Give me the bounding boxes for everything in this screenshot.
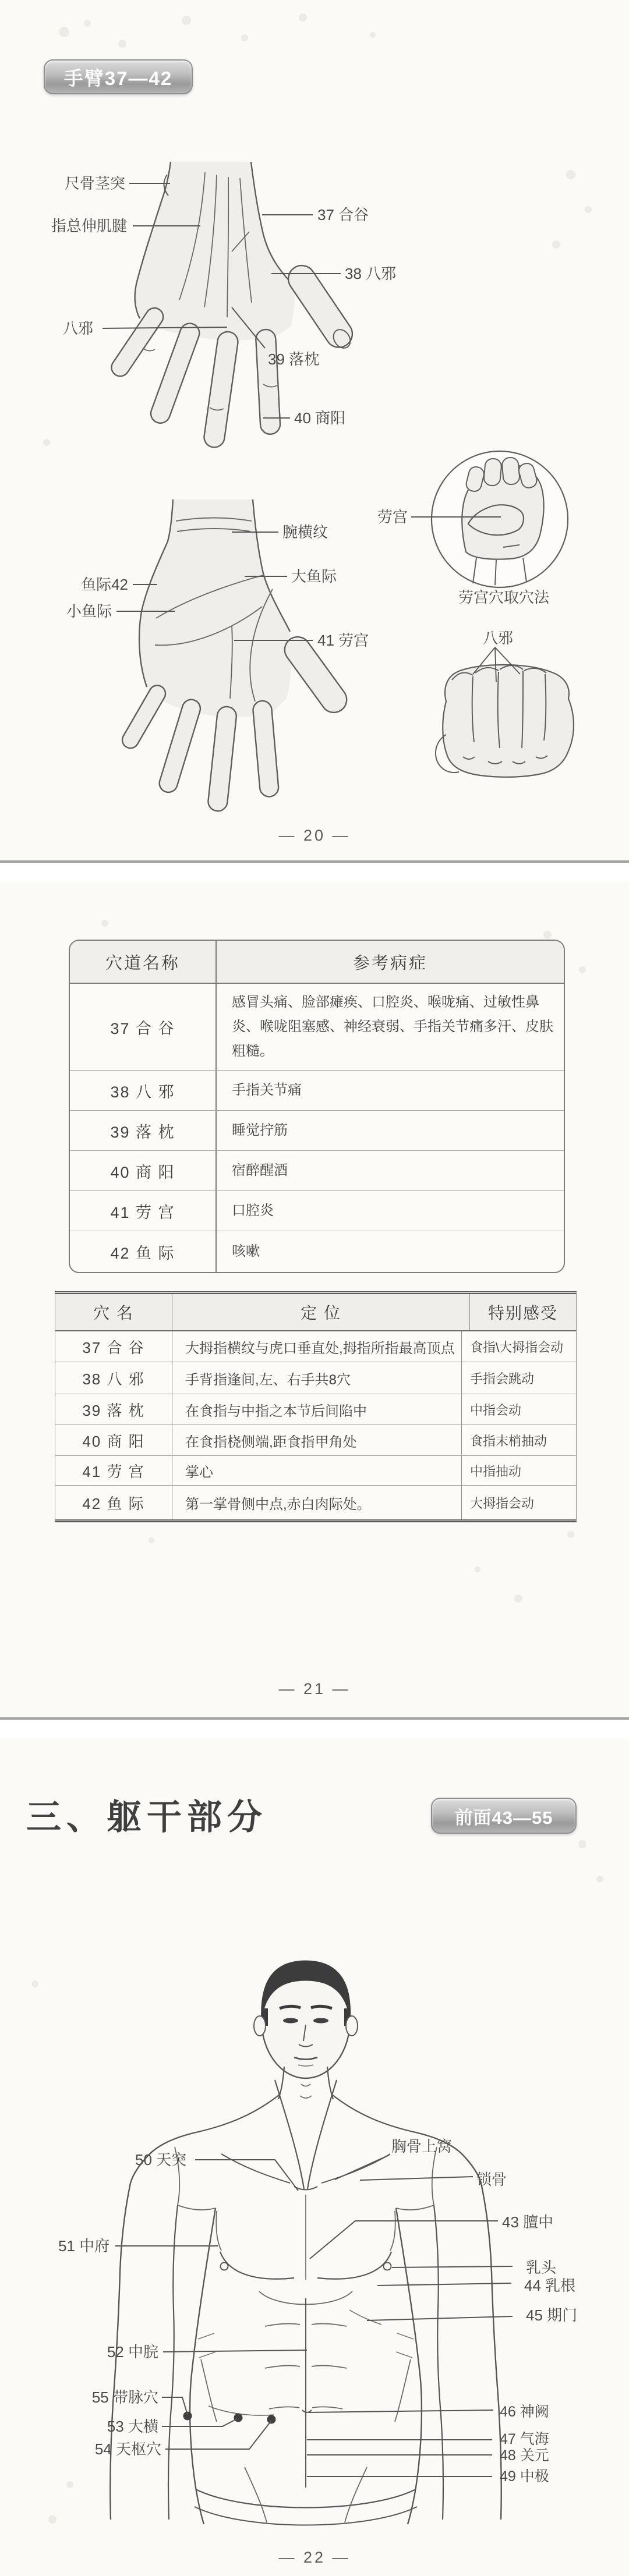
page-22: 三、躯干部分 前面43—55 50 天突 51 中府 胸骨上窝 锁骨 43 膻中…: [0, 1739, 629, 2576]
cell-point-name: 40 商 阳: [70, 1151, 215, 1190]
table-row: 38 八 邪 手指关节痛: [70, 1071, 564, 1111]
page-21: 穴道名称 参考病症 37 合 谷 感冒头痛、脸部瘫痪、口腔炎、喉咙痛、过敏性鼻炎…: [0, 883, 629, 1720]
label-laozhen-39: 39 落枕: [268, 350, 319, 368]
label-zhongwan-52: 52 中脘: [83, 2343, 158, 2361]
page-number-22: — 22 —: [0, 2549, 629, 2567]
label-zhongji-49: 49 中极: [500, 2467, 549, 2486]
table-row: 39 落 枕 在食指与中指之本节后间陷中 中指会动: [55, 1394, 576, 1425]
cell-point: 41 劳 宫: [55, 1456, 172, 1485]
cell-feeling: 手指会跳动: [462, 1362, 576, 1394]
label-baxie-38: 38 八邪: [345, 264, 396, 283]
table-row: 42 鱼 际 咳嗽: [70, 1231, 564, 1272]
table-row: 37 合 谷 感冒头痛、脸部瘫痪、口腔炎、喉咙痛、过敏性鼻炎、喉咙阻塞感、神经衰…: [70, 984, 564, 1071]
cell-point: 40 商 阳: [55, 1425, 172, 1455]
symptoms-table: 穴道名称 参考病症 37 合 谷 感冒头痛、脸部瘫痪、口腔炎、喉咙痛、过敏性鼻炎…: [69, 940, 565, 1273]
label-rugen-44: 44 乳根: [524, 2276, 575, 2295]
label-hegu-37: 37 合谷: [317, 205, 369, 224]
cell-point-name: 42 鱼 际: [70, 1231, 215, 1272]
page-gap: [0, 863, 629, 883]
table-row: 37 合 谷 大拇指横纹与虎口垂直处,拇指所指最高顶点 食指\大拇指会动: [55, 1331, 576, 1362]
hand-dorsum-art: [108, 162, 358, 449]
section-badge-arm: 手臂37—42: [44, 59, 193, 94]
label-wrist-crease: 腕横纹: [282, 523, 328, 541]
label-tianshu-54: 54 天枢穴: [76, 2440, 161, 2458]
label-shenque-46: 46 神阙: [500, 2403, 549, 2421]
label-daheng-53: 53 大横: [91, 2417, 158, 2436]
cell-feeling: 大拇指会动: [462, 1486, 576, 1519]
fist-circle-art: [432, 451, 568, 587]
label-guanyuan-48: 48 关元: [500, 2446, 549, 2465]
hand-palm-art: [119, 499, 352, 812]
cell-symptoms: 手指关节痛: [215, 1071, 564, 1110]
table-row: 40 商 阳 宿醉醒酒: [70, 1151, 564, 1191]
table-row: 40 商 阳 在食指桡侧端,距食指甲角处 食指末梢抽动: [55, 1425, 576, 1456]
cell-feeling: 中指会动: [462, 1394, 576, 1425]
header-symptoms: 参考病症: [215, 941, 564, 983]
cell-symptoms: 咳嗽: [215, 1231, 564, 1272]
leader-lines: [115, 2155, 513, 2476]
cell-location: 掌心: [172, 1456, 462, 1485]
page-20: 手臂37—42 尺骨茎突 指总伸肌腱 八邪 37 合谷 38 八邪 39 落枕 …: [0, 0, 629, 863]
cell-symptoms: 宿醉醒酒: [215, 1151, 564, 1190]
label-extensor-tendon: 指总伸肌腱: [40, 217, 127, 235]
header-point: 穴 名: [55, 1294, 172, 1330]
page-gap: [0, 1720, 629, 1739]
label-shangyang-40: 40 商阳: [294, 409, 345, 427]
label-fist-baxie: 八邪: [466, 626, 530, 648]
table-row: 42 鱼 际 第一掌骨侧中点,赤白肉际处。 大拇指会动: [55, 1486, 576, 1519]
table-row: 41 劳 宫 口腔炎: [70, 1191, 564, 1231]
cell-point-name: 37 合 谷: [70, 984, 215, 1070]
page-number-20: — 20 —: [0, 827, 629, 845]
torso-art: [110, 1961, 501, 2525]
cell-point: 37 合 谷: [55, 1331, 172, 1362]
cell-location: 在食指桡侧端,距食指甲角处: [172, 1425, 462, 1455]
table-row: 39 落 枕 睡觉拧筋: [70, 1111, 564, 1151]
label-nipple: 乳头: [526, 2258, 556, 2277]
label-fist-laogong: 劳宫: [349, 508, 408, 526]
label-laogong-41: 41 劳宫: [317, 631, 369, 650]
symptoms-table-header: 穴道名称 参考病症: [70, 941, 564, 984]
location-table-header: 穴 名 定 位 特别感受: [55, 1294, 576, 1331]
section-heading-trunk: 三、躯干部分: [26, 1790, 267, 1840]
table-row: 41 劳 宫 掌心 中指抽动: [55, 1456, 576, 1486]
label-baxie-side: 八邪: [63, 319, 93, 338]
page-number-21: — 21 —: [0, 1680, 629, 1698]
cell-point-name: 41 劳 宫: [70, 1191, 215, 1231]
label-hypothenar: 小鱼际: [36, 602, 112, 621]
table-row: 38 八 邪 手背指逢间,左、右手共8穴 手指会跳动: [55, 1362, 576, 1394]
cell-feeling: 中指抽动: [462, 1456, 576, 1485]
section-badge-front: 前面43—55: [431, 1798, 577, 1834]
cell-location: 第一掌骨侧中点,赤白肉际处。: [172, 1486, 462, 1519]
header-point-name: 穴道名称: [70, 941, 215, 983]
hand-diagrams-drawing: [0, 0, 629, 860]
label-yuji-42: 鱼际42: [35, 575, 128, 594]
caption-laogong-method: 劳宫穴取穴法: [448, 586, 559, 607]
cell-location: 大拇指横纹与虎口垂直处,拇指所指最高顶点: [172, 1331, 462, 1362]
cell-point-name: 39 落 枕: [70, 1111, 215, 1150]
label-ulnar-styloid: 尺骨茎突: [50, 174, 125, 193]
cell-point: 39 落 枕: [55, 1394, 172, 1425]
cell-feeling: 食指末梢抽动: [462, 1425, 576, 1455]
cell-feeling: 食指\大拇指会动: [462, 1331, 576, 1362]
cell-location: 手背指逢间,左、右手共8穴: [172, 1362, 462, 1394]
cell-location: 在食指与中指之本节后间陷中: [172, 1394, 462, 1425]
label-tiantu-50: 50 天突: [135, 2150, 186, 2169]
label-zhongfu-51: 51 中府: [58, 2237, 109, 2255]
label-suprasternal-notch: 胸骨上窝: [391, 2137, 452, 2156]
cell-point: 42 鱼 际: [55, 1486, 172, 1519]
fist-knuckles-art: [436, 647, 574, 777]
cell-symptoms: 睡觉拧筋: [215, 1111, 564, 1150]
cell-symptoms: 感冒头痛、脸部瘫痪、口腔炎、喉咙痛、过敏性鼻炎、喉咙阻塞感、神经衰弱、手指关节痛…: [215, 984, 564, 1070]
label-qimen-45: 45 期门: [526, 2306, 577, 2325]
label-daimai-55: 55 带脉穴: [75, 2388, 158, 2407]
label-danzhong-43: 43 膻中: [502, 2213, 553, 2231]
location-table: 穴 名 定 位 特别感受 37 合 谷 大拇指横纹与虎口垂直处,拇指所指最高顶点…: [55, 1291, 577, 1522]
cell-symptoms: 口腔炎: [215, 1191, 564, 1231]
label-clavicle: 锁骨: [476, 2170, 507, 2189]
cell-point-name: 38 八 邪: [70, 1071, 215, 1110]
header-location: 定 位: [172, 1294, 470, 1330]
header-feeling: 特别感受: [470, 1294, 576, 1330]
cell-point: 38 八 邪: [55, 1362, 172, 1394]
label-thenar: 大鱼际: [291, 567, 337, 586]
